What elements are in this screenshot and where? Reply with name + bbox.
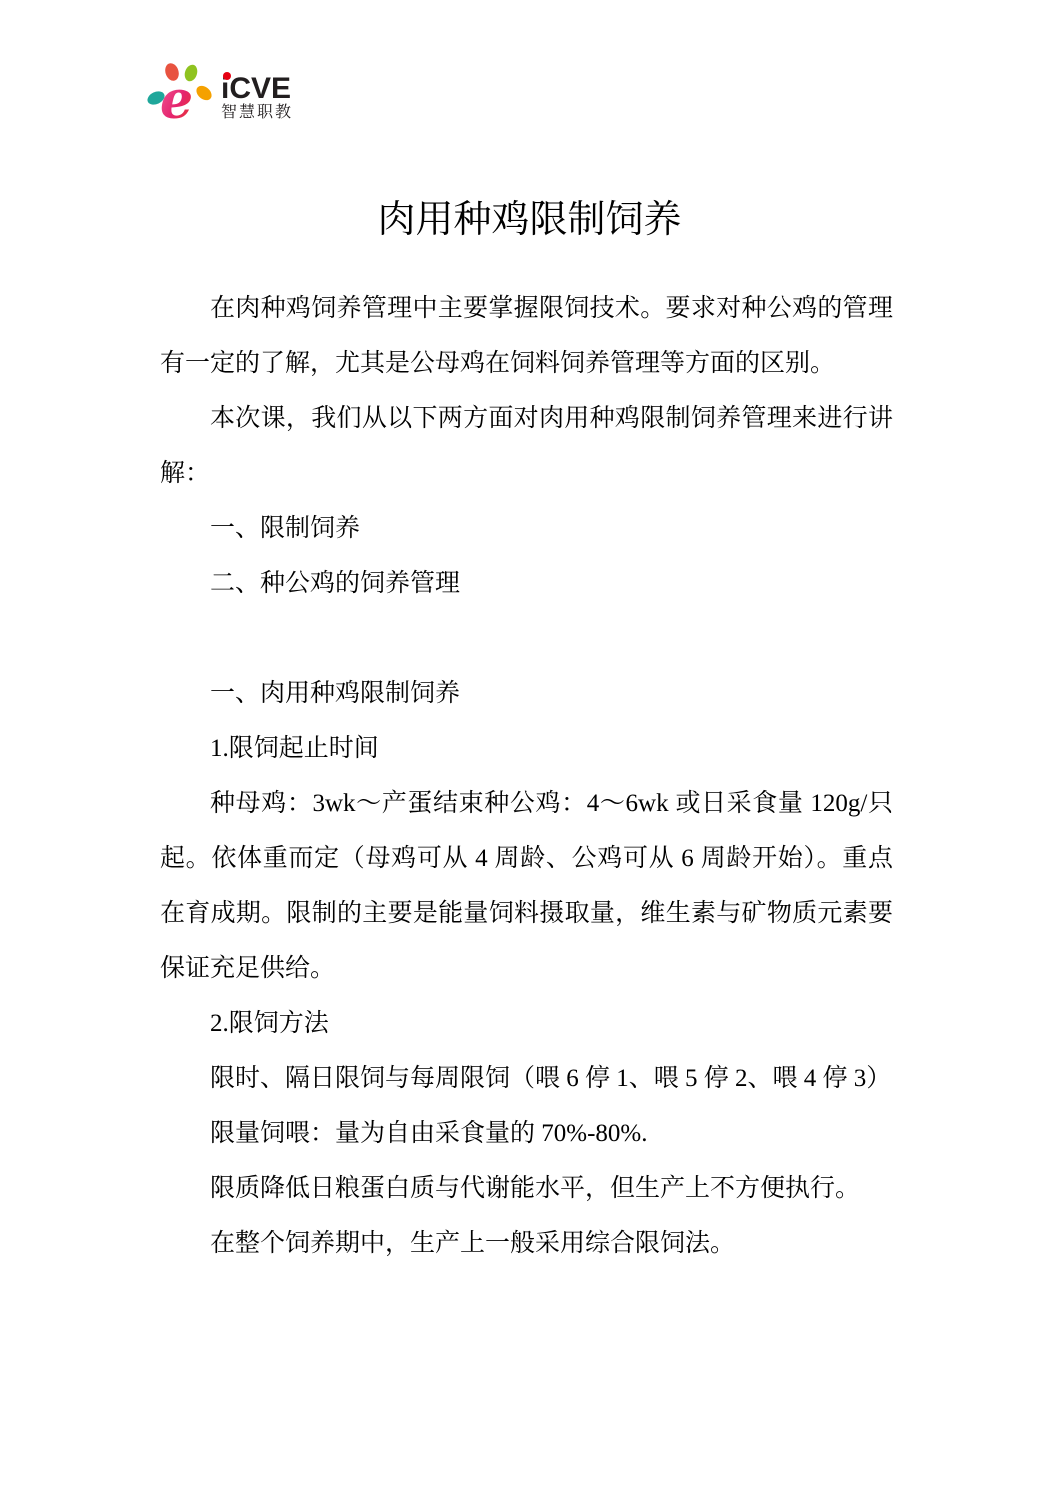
icve-brand-text: iCVE xyxy=(221,76,293,102)
i-dot-icon xyxy=(223,72,231,80)
svg-text:e: e xyxy=(160,70,193,130)
paragraph: 限时、隔日限饲与每周限饲（喂 6 停 1、喂 5 停 2、喂 4 停 3） xyxy=(160,1051,893,1106)
paragraph xyxy=(160,611,893,666)
paragraph: 在整个饲养期中，生产上一般采用综合限饲法。 xyxy=(160,1216,893,1271)
paragraph: 在肉种鸡饲养管理中主要掌握限饲技术。要求对种公鸡的管理有一定的了解，尤其是公母鸡… xyxy=(160,281,893,391)
icve-flower-e-icon: e xyxy=(145,60,215,130)
paragraph: 种母鸡：3wk～产蛋结束种公鸡：4～6wk 或日采食量 120g/只起。依体重而… xyxy=(160,776,893,996)
paragraph: 一、限制饲养 xyxy=(160,501,893,556)
paragraph: 2.限饲方法 xyxy=(160,996,893,1051)
paragraph: 1.限饲起止时间 xyxy=(160,721,893,776)
paragraph: 二、种公鸡的饲养管理 xyxy=(160,556,893,611)
document-page: e iCVE 智慧职教 肉用种鸡限制饲养 在肉种鸡饲养管理中主要掌握限饲技术。要… xyxy=(0,0,1059,1497)
icve-logo-text: iCVE 智慧职教 xyxy=(221,60,293,122)
paragraph: 本次课，我们从以下两方面对肉用种鸡限制饲养管理来进行讲解： xyxy=(160,391,893,501)
document-body: 在肉种鸡饲养管理中主要掌握限饲技术。要求对种公鸡的管理有一定的了解，尤其是公母鸡… xyxy=(160,281,893,1271)
document-title: 肉用种鸡限制饲养 xyxy=(0,192,1059,248)
paragraph: 限量饲喂：量为自由采食量的 70%-80%. xyxy=(160,1106,893,1161)
icve-logo: e iCVE 智慧职教 xyxy=(145,60,293,130)
paragraph: 限质降低日粮蛋白质与代谢能水平，但生产上不方便执行。 xyxy=(160,1161,893,1216)
icve-tagline: 智慧职教 xyxy=(221,104,293,122)
paragraph: 一、肉用种鸡限制饲养 xyxy=(160,666,893,721)
